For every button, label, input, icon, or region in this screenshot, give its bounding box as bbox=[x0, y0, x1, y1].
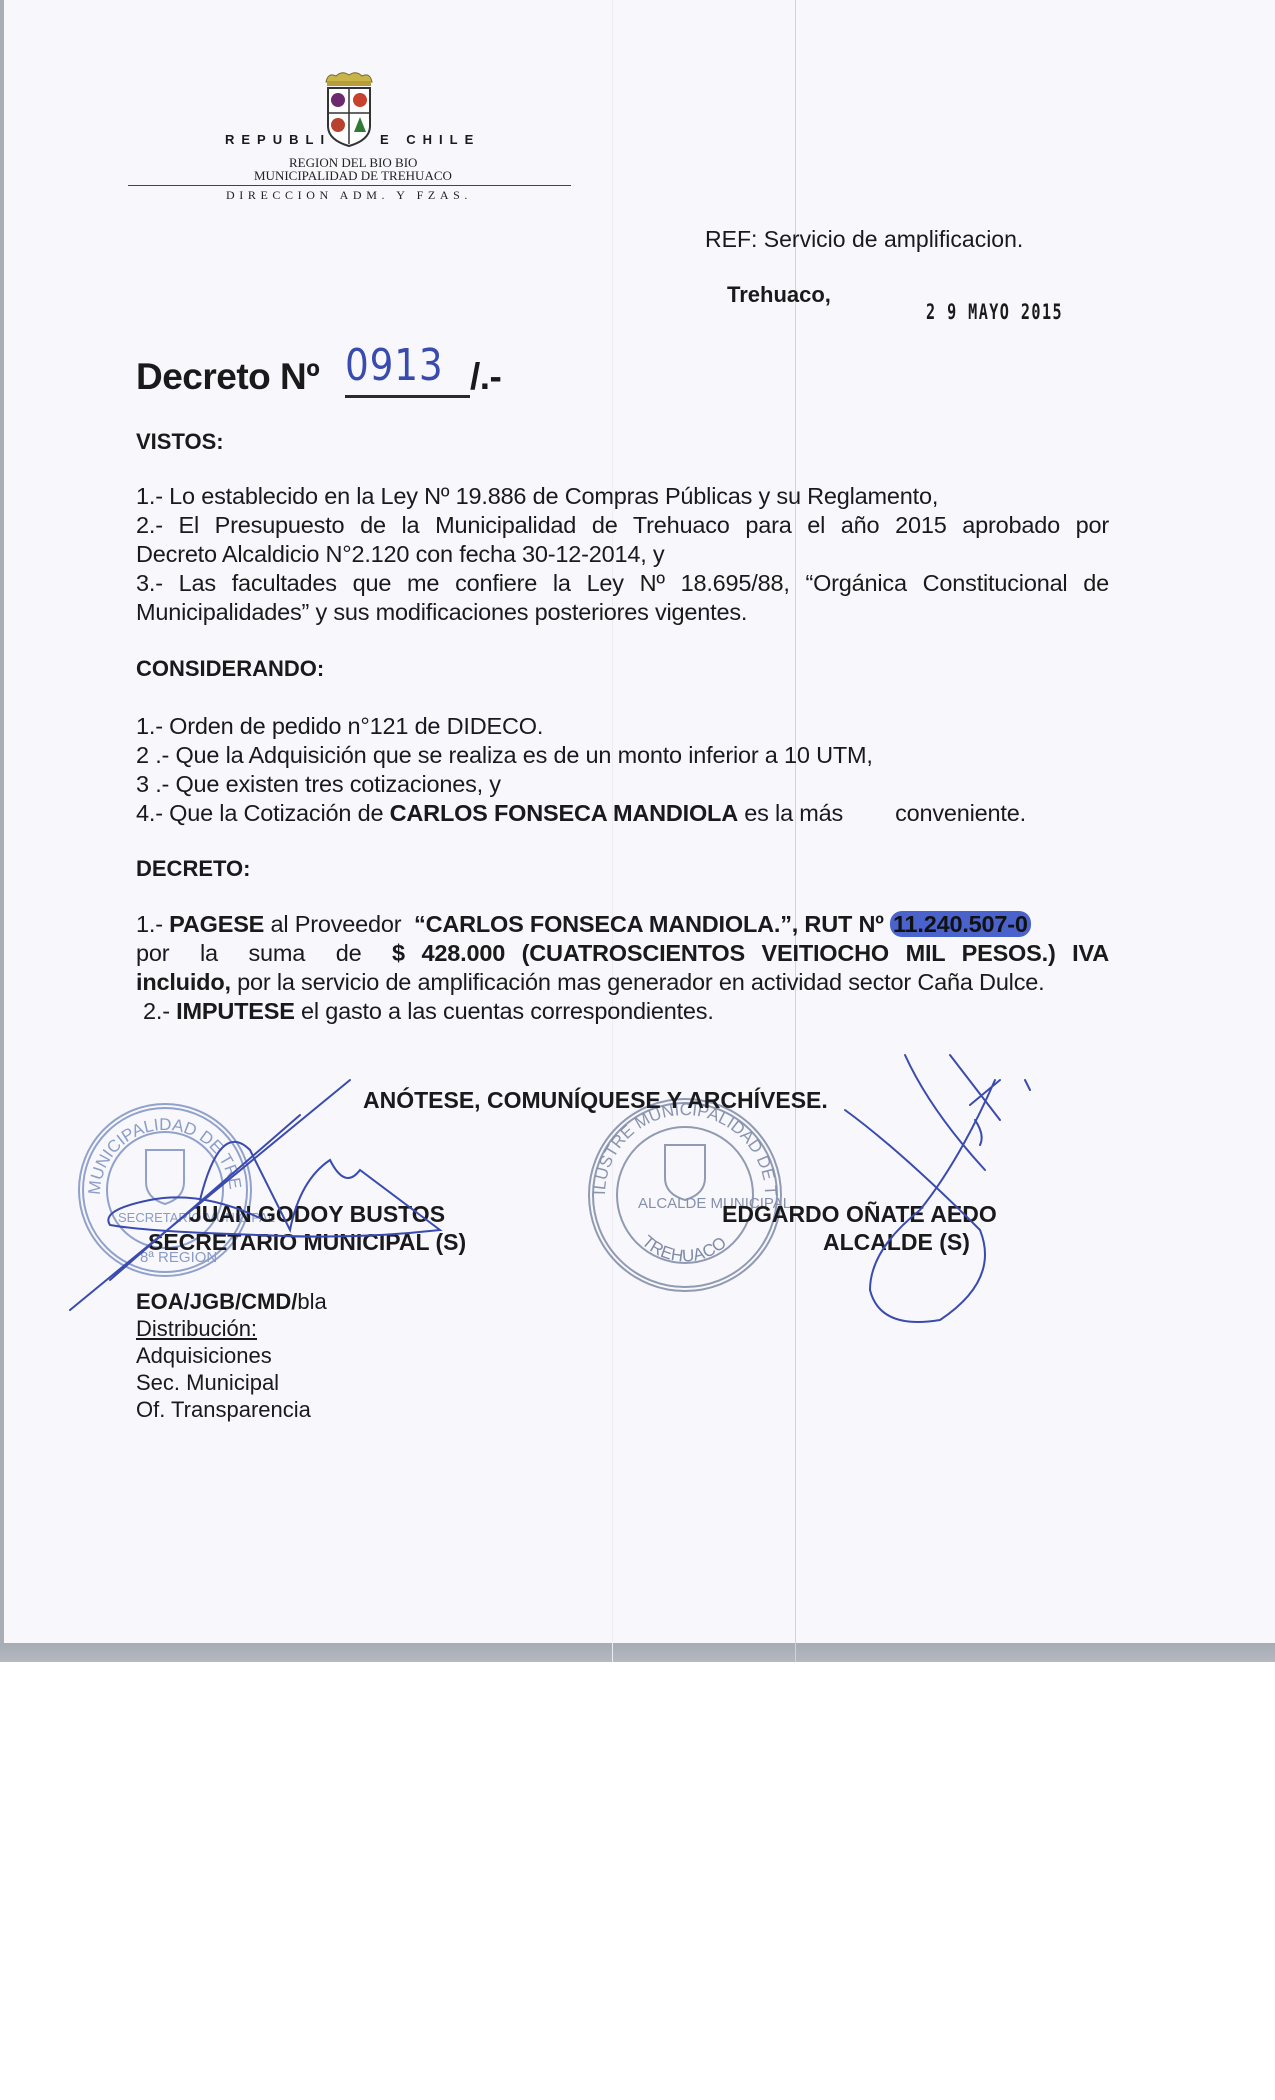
vistos-list: 1.- Lo establecido en la Ley Nº 19.886 d… bbox=[136, 482, 1109, 627]
considerando-item4-suffix: es la más bbox=[738, 800, 843, 826]
decreto-text: al Proveedor bbox=[264, 911, 414, 937]
place-label: Trehuaco, bbox=[727, 282, 831, 308]
decreto-list: 1.- PAGESE al Proveedor “CARLOS FONSECA … bbox=[136, 910, 1109, 1026]
decree-title: Decreto Nº bbox=[136, 356, 319, 398]
distribution-item: Adquisiciones bbox=[136, 1342, 272, 1369]
distribution-item: Of. Transparencia bbox=[136, 1396, 311, 1423]
considerando-item: 4.- Que la Cotización de CARLOS FONSECA … bbox=[136, 799, 1109, 828]
considerando-list: 1.- Orden de pedido n°121 de DIDECO. 2 .… bbox=[136, 712, 1109, 828]
decreto-item-2: 2.- IMPUTESE el gasto a las cuentas corr… bbox=[136, 997, 1109, 1026]
decreto-text: el gasto a las cuentas correspondientes. bbox=[295, 998, 714, 1024]
decreto-verb: IMPUTESE bbox=[176, 998, 295, 1024]
signatory-role: ALCALDE (S) bbox=[823, 1228, 970, 1256]
vistos-item: 3.- Las facultades que me confiere la Le… bbox=[136, 569, 1109, 598]
considerando-item4-prefix: 4.- Que la Cotización de bbox=[136, 800, 390, 826]
decree-suffix: /.- bbox=[470, 356, 501, 398]
initials-rest: bla bbox=[297, 1289, 326, 1314]
reference-subject: REF: Servicio de amplificacion. bbox=[705, 226, 1023, 253]
signatory-name: EDGARDO OÑATE AEDO bbox=[722, 1200, 997, 1228]
decreto-item-1-line-1: 1.- PAGESE al Proveedor “CARLOS FONSECA … bbox=[136, 910, 1109, 939]
rut-highlight: 11.240.507-0 bbox=[890, 911, 1031, 937]
decreto-text: por la suma de bbox=[136, 940, 392, 966]
republic-label-left: REPUBLI bbox=[225, 132, 331, 147]
scan-line bbox=[612, 0, 613, 1662]
signatory-name: JUAN GODOY BUSTOS bbox=[189, 1200, 445, 1228]
vistos-item: Decreto Alcaldicio N°2.120 con fecha 30-… bbox=[136, 540, 1109, 569]
vistos-heading: VISTOS: bbox=[136, 429, 224, 455]
item-number: 2.- bbox=[143, 998, 176, 1024]
initials-bold: EOA/JGB/CMD/ bbox=[136, 1289, 297, 1314]
decreto-item-1-line-2: por la suma de $ 428.000 (CUATROSCIENTOS… bbox=[136, 939, 1109, 968]
decreto-text-bold: incluido, bbox=[136, 969, 231, 995]
decree-number-handwritten: 0913 bbox=[345, 340, 444, 391]
decreto-item-1-line-3: incluido, por la servicio de amplificaci… bbox=[136, 968, 1109, 997]
considerando-item: 1.- Orden de pedido n°121 de DIDECO. bbox=[136, 712, 1109, 741]
initials: EOA/JGB/CMD/bla bbox=[136, 1288, 327, 1315]
payment-amount: $ 428.000 (CUATROSCIENTOS VEITIOCHO MIL … bbox=[392, 940, 1109, 966]
header-divider bbox=[128, 185, 571, 186]
decreto-heading: DECRETO: bbox=[136, 856, 251, 882]
closing-formula: ANÓTESE, COMUNÍQUESE Y ARCHÍVESE. bbox=[363, 1086, 828, 1114]
vistos-item: 1.- Lo establecido en la Ley Nº 19.886 d… bbox=[136, 482, 1109, 511]
vistos-item: Municipalidades” y sus modificaciones po… bbox=[136, 598, 1109, 627]
considerando-item: 2 .- Que la Adquisición que se realiza e… bbox=[136, 741, 1109, 770]
considerando-item: 3 .- Que existen tres cotizaciones, y bbox=[136, 770, 1109, 799]
considerando-heading: CONSIDERANDO: bbox=[136, 656, 324, 682]
municipality-label: MUNICIPALIDAD DE TREHUACO bbox=[254, 168, 452, 184]
decreto-text: por la servicio de amplificación mas gen… bbox=[231, 969, 1045, 995]
decree-number-underline bbox=[345, 395, 470, 398]
scan-edge bbox=[0, 1643, 1275, 1662]
provider-name: CARLOS FONSECA MANDIOLA bbox=[390, 800, 738, 826]
distribution-item: Sec. Municipal bbox=[136, 1369, 279, 1396]
provider-name: “CARLOS FONSECA MANDIOLA.”, RUT Nº bbox=[414, 911, 890, 937]
distribution-heading: Distribución: bbox=[136, 1315, 257, 1342]
item-number: 1.- bbox=[136, 911, 169, 937]
considerando-item4-end: conveniente. bbox=[895, 800, 1026, 826]
decreto-verb: PAGESE bbox=[169, 911, 264, 937]
department-label: DIRECCION ADM. Y FZAS. bbox=[226, 188, 472, 203]
signatory-role: SECRETARIO MUNICIPAL (S) bbox=[148, 1228, 466, 1256]
date-stamp: 2 9 MAYO 2015 bbox=[926, 300, 1063, 324]
republic-label-right: E CHILE bbox=[380, 132, 480, 147]
vistos-item: 2.- El Presupuesto de la Municipalidad d… bbox=[136, 511, 1109, 540]
